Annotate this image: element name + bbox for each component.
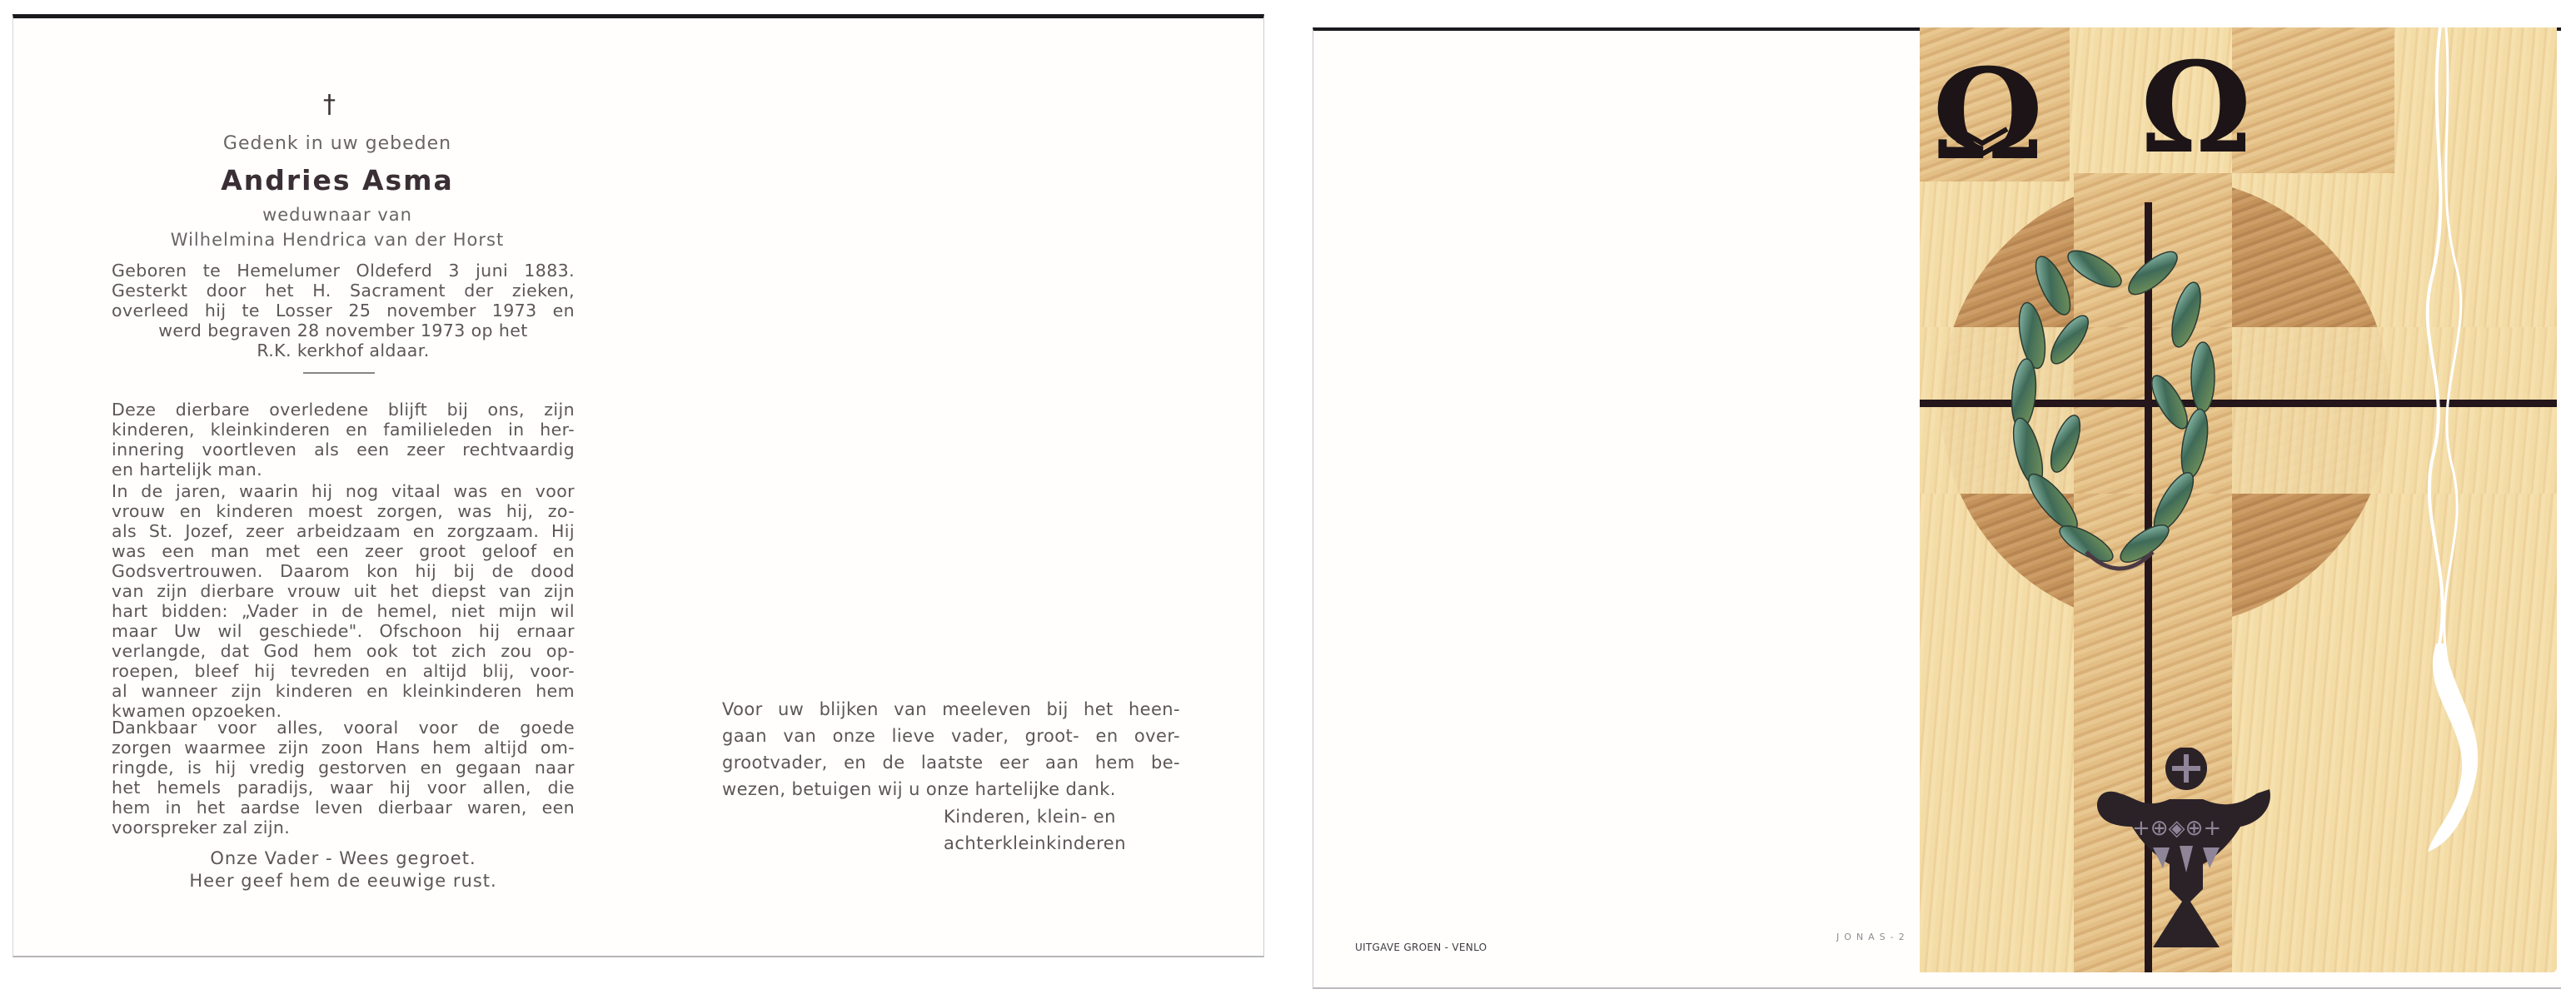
- text-line: maar Uw wil geschiede". Ofschoon hij ern…: [112, 621, 575, 641]
- paragraph-gratitude: Dankbaar voor alles, vooral voor de goed…: [112, 718, 575, 837]
- text-line: In de jaren, waarin hij nog vitaal was e…: [112, 481, 575, 501]
- paragraph-life: In de jaren, waarin hij nog vitaal was e…: [112, 481, 575, 721]
- text-line: hem in het aardse leven dierbaar waren, …: [112, 798, 575, 818]
- series-code: JONAS-2: [1836, 932, 1910, 942]
- oil-lamp-icon: +⊕◈⊕+: [2086, 748, 2286, 964]
- spouse-name: Wilhelmina Hendrica van der Horst: [100, 230, 575, 250]
- bio-line: overleed hij te Losser 25 november 1973 …: [112, 301, 575, 321]
- bio-line: R.K. kerkhof aldaar.: [112, 340, 575, 360]
- deceased-name: Andries Asma: [142, 164, 533, 196]
- svg-text:+⊕◈⊕+: +⊕◈⊕+: [2132, 816, 2221, 841]
- cross-icon: †: [323, 90, 336, 119]
- thank-you-signature: Kinderen, klein- en achterkleinkinderen: [944, 803, 1126, 857]
- text-line: Voor uw blijken van meeleven bij het hee…: [722, 696, 1180, 723]
- invocation: Gedenk in uw gebeden: [142, 133, 533, 154]
- text-line: gaan van onze lieve vader, groot- en ove…: [722, 723, 1180, 749]
- text-line: Dankbaar voor alles, vooral voor de goed…: [112, 718, 575, 738]
- divider-line: [303, 372, 375, 374]
- text-line: hart bidden: „Vader in de hemel, niet mi…: [112, 601, 575, 621]
- text-line: vrouw en kinderen moest zorgen, was hij,…: [112, 501, 575, 521]
- text-line: het hemels paradijs, waar hij voor allen…: [112, 778, 575, 798]
- signature-line: achterkleinkinderen: [944, 830, 1126, 857]
- text-line: innering voortleven als een zeer rechtva…: [112, 440, 575, 460]
- text-line: als St. Jozef, zeer arbeidzaam en zorgza…: [112, 521, 575, 541]
- bio-line: Geboren te Hemelumer Oldeferd 3 juni 188…: [112, 261, 575, 281]
- text-line: grootvader, en de laatste eer aan hem be…: [722, 749, 1180, 776]
- text-line: van zijn dierbare vrouw uit het diepst v…: [112, 581, 575, 601]
- text-line: ringde, is hij vredig gestorven en gegaa…: [112, 758, 575, 778]
- text-line: zorgen waarmee zijn zoon Hans hem altijd…: [112, 738, 575, 758]
- text-line: verlangde, dat God hem ook tot zich zou …: [112, 641, 575, 661]
- bio-line: Gesterkt door het H. Sacrament der zieke…: [112, 281, 575, 301]
- relation-label: weduwnaar van: [142, 205, 533, 225]
- bio-line: werd begraven 28 november 1973 op het: [112, 321, 575, 340]
- prayer-line: Heer geef hem de eeuwige rust.: [112, 871, 575, 891]
- prayer-line: Onze Vader - Wees gegroet.: [112, 848, 575, 868]
- text-line: Godsvertrouwen. Daarom kon hij bij de do…: [112, 561, 575, 581]
- text-line: en hartelijk man.: [112, 460, 575, 480]
- text-line: Deze dierbare overledene blijft bij ons,…: [112, 400, 575, 420]
- text-line: wezen, betuigen wij u onze hartelijke da…: [722, 776, 1180, 803]
- thank-you-block: Voor uw blijken van meeleven bij het hee…: [722, 696, 1180, 803]
- publisher-imprint: UITGAVE GROEN - VENLO: [1355, 942, 1487, 953]
- text-line: kinderen, kleinkinderen en familieleden …: [112, 420, 575, 440]
- biography-block: Geboren te Hemelumer Oldeferd 3 juni 188…: [112, 261, 575, 360]
- marquetry-artwork: Ω Ω: [1920, 27, 2557, 972]
- text-line: voorspreker zal zijn.: [112, 818, 575, 837]
- paragraph-remembrance: Deze dierbare overledene blijft bij ons,…: [112, 400, 575, 480]
- text-line: al wanneer zijn kinderen en kleinkindere…: [112, 681, 575, 701]
- text-line: roepen, bleef hij tevreden en altijd bli…: [112, 661, 575, 681]
- text-line: was een man met een zeer groot geloof en: [112, 541, 575, 561]
- signature-line: Kinderen, klein- en: [944, 803, 1126, 830]
